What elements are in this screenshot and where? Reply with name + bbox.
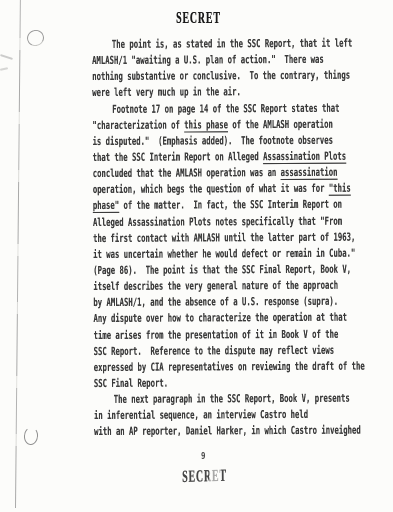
text-line: concluded that the AMLASH operation was … — [93, 165, 364, 183]
text-segment: itself describes the very general nature… — [93, 279, 338, 293]
text-segment: nothing substantive or conclusive. To th… — [92, 69, 350, 83]
text-segment: The point is, as stated in the SSC Repor… — [112, 37, 352, 51]
underlined-text: phase" — [93, 199, 119, 212]
text-line: in inferential sequence, an interview Ca… — [94, 407, 365, 425]
document-body: The point is, as stated in the SSC Repor… — [92, 35, 393, 441]
text-line: SSC Report. Reference to the dispute may… — [94, 342, 365, 360]
text-segment: expressed by CIA representatives on revi… — [94, 359, 365, 373]
text-line: with an AP reporter, Daniel Harker, in w… — [94, 423, 365, 441]
stamp-fade-artifact — [209, 468, 221, 486]
page-number: 9 — [201, 451, 206, 462]
underlined-text: this phase — [184, 118, 228, 131]
text-line: Footnote 17 on page 14 of the SSC Report… — [92, 100, 363, 118]
text-line: itself describes the very general nature… — [93, 278, 364, 296]
handwritten-circle-mark — [25, 28, 46, 48]
text-segment: that the SSC Interim Report on Alleged — [93, 150, 264, 164]
text-segment: SSC Final Report. — [94, 377, 168, 390]
text-segment: AMLASH/1 "awaiting a U.S. plan of action… — [92, 53, 324, 67]
text-line: it was uncertain whether he would defect… — [93, 245, 364, 263]
text-line: were left very much up in the air. — [92, 84, 363, 102]
text-segment: of the matter. In fact, the SSC Interim … — [119, 198, 342, 212]
text-line: nothing substantive or conclusive. To th… — [92, 68, 363, 86]
text-line: by AMLASH/1, and the absence of a U.S. r… — [93, 294, 364, 312]
text-line: The next paragraph in the SSC Report, Bo… — [94, 391, 365, 409]
text-segment: "characterization of — [92, 118, 184, 131]
text-line: The point is, as stated in the SSC Repor… — [92, 36, 363, 54]
text-segment: The next paragraph in the SSC Report, Bo… — [114, 392, 350, 406]
text-line: phase" of the matter. In fact, the SSC I… — [93, 197, 364, 215]
text-segment: (Page 86). The point is that the SSC Fin… — [93, 263, 351, 277]
text-segment: SSC Report. Reference to the dispute may… — [94, 343, 334, 357]
scan-smudge — [0, 54, 13, 60]
text-segment: by AMLASH/1, and the absence of a U.S. r… — [93, 295, 338, 309]
text-segment: of the AMLASH operation — [228, 117, 333, 131]
text-line: operation, which begs the question of wh… — [93, 181, 364, 199]
classification-stamp-top: SECRET — [176, 10, 221, 25]
text-segment: with an AP reporter, Daniel Harker, in w… — [94, 424, 361, 438]
text-segment: is disputed." (Emphasis added). The foot… — [93, 134, 333, 148]
text-segment: time arises from the presentation of it … — [94, 327, 339, 341]
underlined-text: assassination — [281, 166, 338, 179]
text-line: is disputed." (Emphasis added). The foot… — [93, 132, 364, 150]
underlined-text: "this — [329, 182, 351, 195]
text-line: (Page 86). The point is that the SSC Fin… — [93, 262, 364, 280]
hole-punch-mark — [23, 426, 39, 445]
text-line: the first contact with AMLASH until the … — [93, 229, 364, 247]
text-segment: operation, which begs the question of wh… — [93, 182, 329, 196]
text-line: AMLASH/1 "awaiting a U.S. plan of action… — [92, 52, 363, 70]
scanned-document-page: SECRET The point is, as stated in the SS… — [0, 0, 393, 512]
text-line: Alleged Assassination Plots notes specif… — [93, 213, 364, 231]
scan-fold-line — [15, 0, 21, 508]
text-line: "characterization of this phase of the A… — [92, 116, 363, 134]
text-segment: concluded that the AMLASH operation was … — [93, 166, 281, 180]
underlined-text: Assassination Plots — [263, 150, 346, 163]
text-segment: were left very much up in the air. — [92, 86, 241, 100]
text-segment: in inferential sequence, an interview Ca… — [94, 408, 308, 422]
text-line: time arises from the presentation of it … — [94, 326, 365, 344]
text-line: Any dispute over how to characterize the… — [93, 310, 364, 328]
text-segment: it was uncertain whether he would defect… — [93, 246, 355, 260]
text-line: expressed by CIA representatives on revi… — [94, 358, 365, 376]
text-segment: Any dispute over how to characterize the… — [93, 311, 347, 325]
scan-smudge — [0, 67, 8, 71]
text-line: SSC Final Report. — [94, 375, 365, 393]
text-segment: the first contact with AMLASH until the … — [93, 230, 355, 244]
text-line: that the SSC Interim Report on Alleged A… — [93, 149, 364, 167]
text-segment: Footnote 17 on page 14 of the SSC Report… — [112, 101, 339, 115]
text-segment: Alleged Assassination Plots notes specif… — [93, 214, 342, 228]
